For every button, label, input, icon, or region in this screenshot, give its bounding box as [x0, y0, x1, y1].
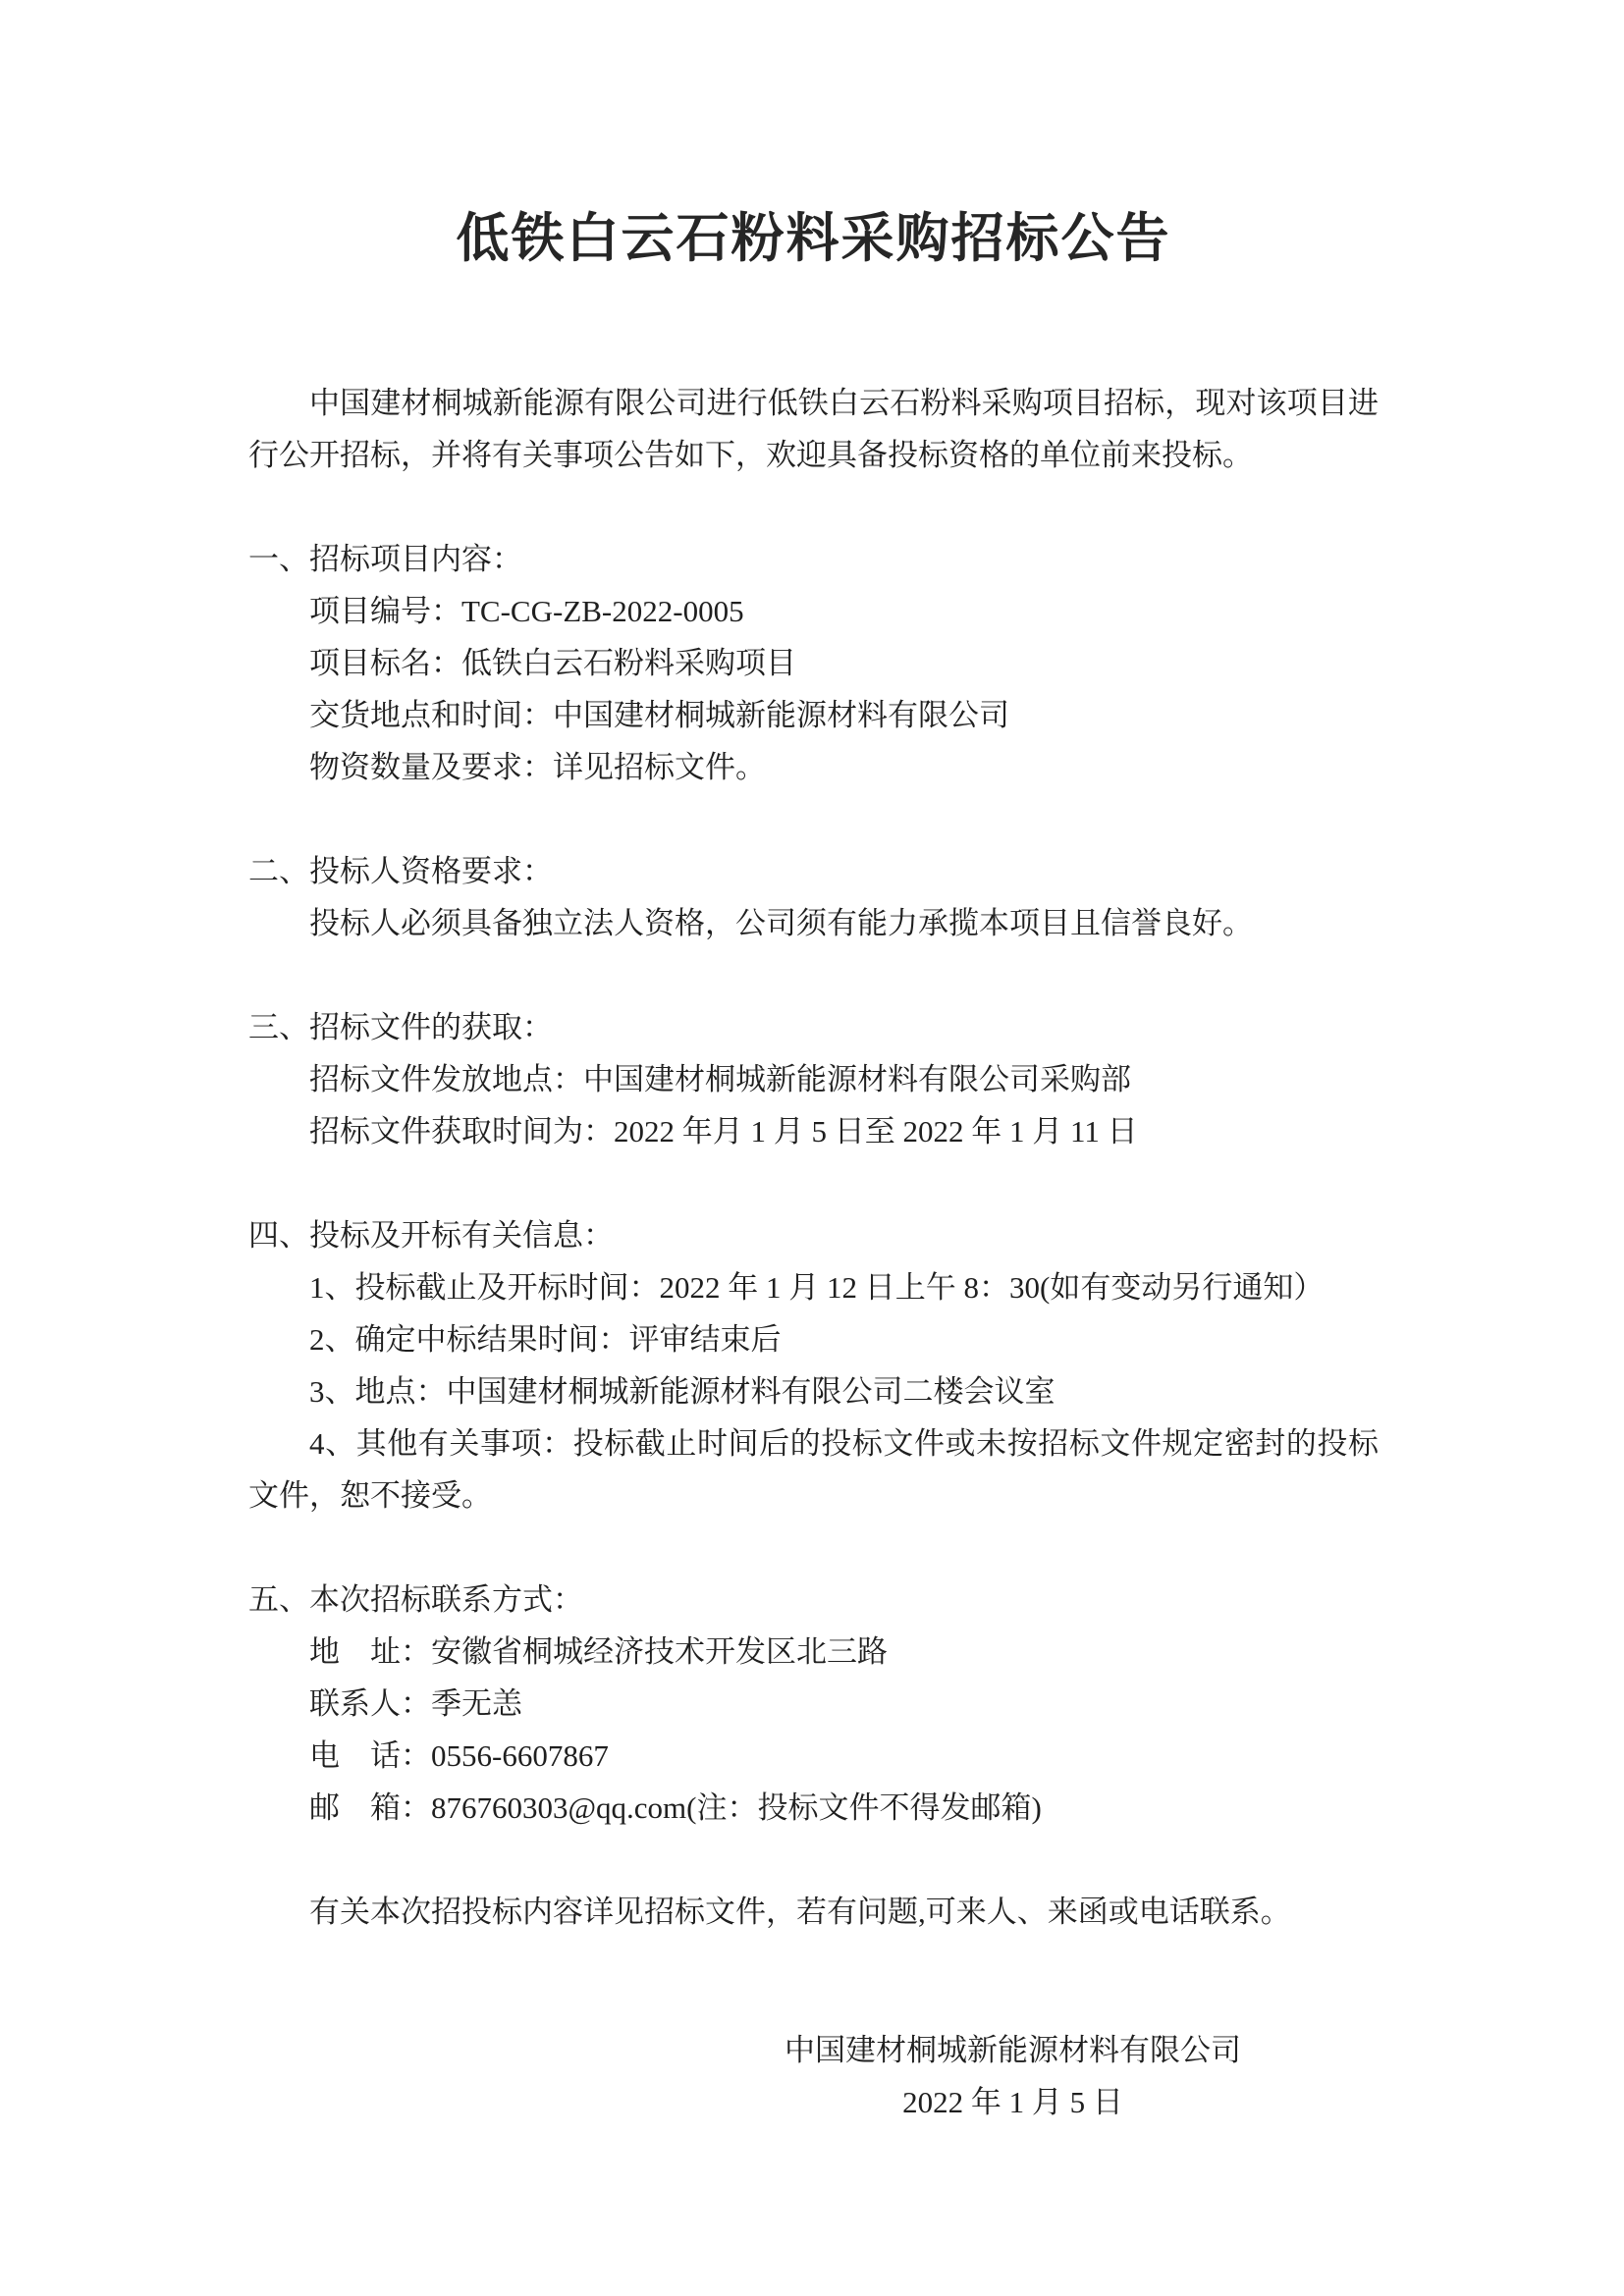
signature-block: 中国建材桐城新能源材料有限公司 2022 年 1 月 5 日	[785, 2024, 1241, 2128]
project-number-line: 项目编号：TC-CG-ZB-2022-0005	[248, 585, 1379, 637]
section-heading: 一、招标项目内容：	[248, 533, 1379, 585]
other-matters-item: 4、其他有关事项：投标截止时间后的投标文件或未按招标文件规定密封的投标文件，恕不…	[248, 1417, 1379, 1522]
phone-line: 电 话：0556-6607867	[248, 1730, 1379, 1782]
acquisition-time-line: 招标文件获取时间为：2022 年月 1 月 5 日至 2022 年 1 月 11…	[248, 1105, 1379, 1157]
intro-paragraph: 中国建材桐城新能源有限公司进行低铁白云石粉料采购项目招标，现对该项目进行公开招标…	[248, 377, 1379, 481]
project-name-line: 项目标名：低铁白云石粉料采购项目	[248, 637, 1379, 689]
email-line: 邮 箱：876760303@qq.com(注：投标文件不得发邮箱)	[248, 1782, 1379, 1834]
section-bid-opening-info: 四、投标及开标有关信息： 1、投标截止及开标时间：2022 年 1 月 12 日…	[248, 1209, 1379, 1522]
section-bidder-qualification: 二、投标人资格要求： 投标人必须具备独立法人资格，公司须有能力承揽本项目且信誉良…	[248, 845, 1379, 949]
document-title: 低铁白云石粉料采购招标公告	[248, 208, 1379, 269]
section-heading: 四、投标及开标有关信息：	[248, 1209, 1379, 1261]
section-heading: 五、本次招标联系方式：	[248, 1574, 1379, 1626]
distribution-place-line: 招标文件发放地点：中国建材桐城新能源材料有限公司采购部	[248, 1053, 1379, 1105]
contact-person-line: 联系人：季无恙	[248, 1678, 1379, 1730]
quantity-requirements-line: 物资数量及要求：详见招标文件。	[248, 741, 1379, 793]
document-content: 低铁白云石粉料采购招标公告 中国建材桐城新能源有限公司进行低铁白云石粉料采购项目…	[0, 0, 1624, 2128]
section-heading: 二、投标人资格要求：	[248, 845, 1379, 897]
section-tender-project-content: 一、招标项目内容： 项目编号：TC-CG-ZB-2022-0005 项目标名：低…	[248, 533, 1379, 793]
section-document-acquisition: 三、招标文件的获取： 招标文件发放地点：中国建材桐城新能源材料有限公司采购部 招…	[248, 1001, 1379, 1157]
qualification-line: 投标人必须具备独立法人资格，公司须有能力承揽本项目且信誉良好。	[248, 897, 1379, 949]
location-item: 3、地点：中国建材桐城新能源材料有限公司二楼会议室	[248, 1365, 1379, 1417]
section-contact-info: 五、本次招标联系方式： 地 址：安徽省桐城经济技术开发区北三路 联系人：季无恙 …	[248, 1574, 1379, 1834]
document-page: 低铁白云石粉料采购招标公告 中国建材桐城新能源有限公司进行低铁白云石粉料采购项目…	[0, 0, 1624, 2296]
signature-date: 2022 年 1 月 5 日	[785, 2076, 1241, 2128]
closing-paragraph: 有关本次招投标内容详见招标文件，若有问题,可来人、来函或电话联系。	[248, 1886, 1379, 1938]
bid-deadline-item: 1、投标截止及开标时间：2022 年 1 月 12 日上午 8：30(如有变动另…	[248, 1261, 1379, 1313]
section-heading: 三、招标文件的获取：	[248, 1001, 1379, 1053]
delivery-place-line: 交货地点和时间：中国建材桐城新能源材料有限公司	[248, 689, 1379, 741]
signature-company: 中国建材桐城新能源材料有限公司	[785, 2024, 1241, 2076]
result-time-item: 2、确定中标结果时间：评审结束后	[248, 1313, 1379, 1365]
address-line: 地 址：安徽省桐城经济技术开发区北三路	[248, 1626, 1379, 1678]
